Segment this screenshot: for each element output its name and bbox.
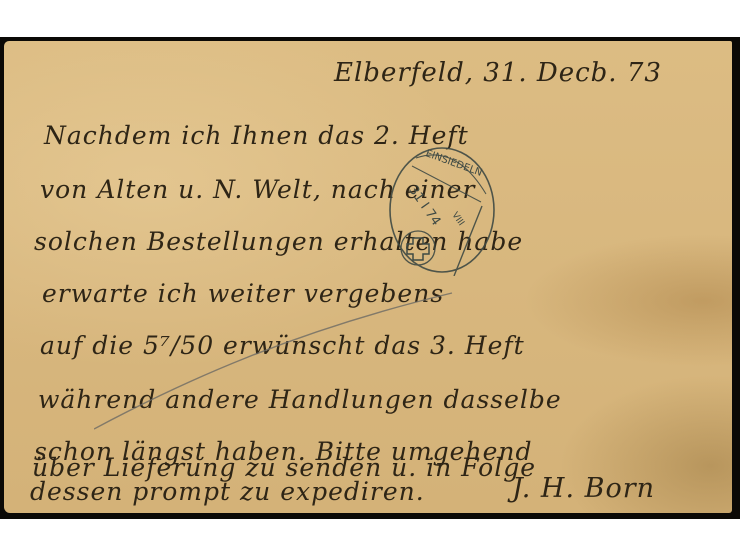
swiss-cross-icon: [407, 238, 429, 260]
header-place-date: Elberfeld, 31. Decb. 73: [334, 58, 662, 88]
body-line: dessen prompt zu expediren.: [30, 477, 425, 506]
svg-text:VIII: VIII: [449, 211, 465, 228]
svg-text:31 I 74: 31 I 74: [405, 183, 443, 229]
pencil-stroke: [94, 291, 454, 431]
svg-text:EINSIEDELN: EINSIEDELN: [424, 148, 484, 179]
signature: J. H. Born: [512, 473, 655, 504]
postmark-icon: EINSIEDELN 31 I 74 VIII: [386, 144, 498, 276]
postcard: Elberfeld, 31. Decb. 73 Nachdem ich Ihne…: [4, 41, 732, 513]
